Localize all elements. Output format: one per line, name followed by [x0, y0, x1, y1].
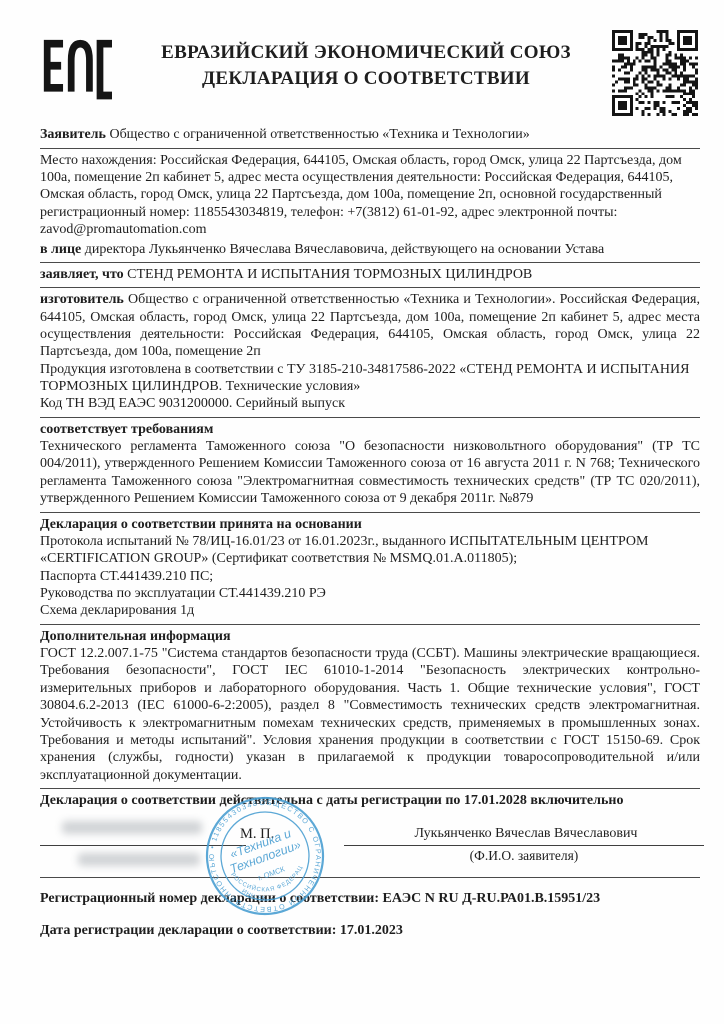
applicant-signatory-name: Лукьянченко Вячеслав Вячеславович: [348, 825, 704, 842]
manufacturer-value: Общество с ограниченной ответственностью…: [40, 292, 700, 359]
basis-line: Руководства по эксплуатации СТ.441439.21…: [40, 585, 700, 602]
in-person-label: в лице: [40, 242, 81, 257]
svg-text:г. ОМСК: г. ОМСК: [257, 864, 287, 882]
signature-smudge: [62, 821, 202, 834]
in-person-value: директора Лукьянченко Вячеслава Вячеслав…: [85, 242, 604, 257]
section-declares: заявляет, что СТЕНД РЕМОНТА И ИСПЫТАНИЯ …: [40, 263, 700, 288]
tnved-code-text: Код ТН ВЭД ЕАЭС 9031200000. Серийный вып…: [40, 395, 700, 412]
declares-value: СТЕНД РЕМОНТА И ИСПЫТАНИЯ ТОРМОЗНЫХ ЦИЛИ…: [127, 267, 532, 282]
location-text: Место нахождения: Российская Федерация, …: [40, 152, 700, 239]
applicant-label: Заявитель: [40, 127, 106, 142]
eac-logo-icon: [40, 30, 120, 115]
registration-date: Дата регистрации декларации о соответств…: [40, 922, 700, 939]
section-applicant: Заявитель Общество с ограниченной ответс…: [40, 123, 700, 148]
complies-text: Технического регламента Таможенного союз…: [40, 438, 700, 507]
document-title: ЕВРАЗИЙСКИЙ ЭКОНОМИЧЕСКИЙ СОЮЗ ДЕКЛАРАЦИ…: [120, 30, 612, 91]
registration-number: Регистрационный номер декларации о соотв…: [40, 890, 700, 907]
basis-line: Паспорта СТ.441439.210 ПС;: [40, 568, 700, 585]
section-manufacturer: изготовитель Общество с ограниченной отв…: [40, 288, 700, 418]
name-caption: (Ф.И.О. заявителя): [344, 848, 704, 865]
product-made-text: Продукция изготовлена в соответствии с Т…: [40, 361, 700, 396]
manufacturer-label: изготовитель: [40, 292, 124, 307]
section-additional-info: Дополнительная информация ГОСТ 12.2.007.…: [40, 625, 700, 789]
signature-block: М. П. Лукьянченко Вячеслав Вячеславович …: [40, 809, 700, 873]
validity-text: Декларация о соответствии действительна …: [40, 792, 700, 809]
title-line-1: ЕВРАЗИЙСКИЙ ЭКОНОМИЧЕСКИЙ СОЮЗ: [120, 40, 612, 66]
mp-label: М. П.: [240, 826, 274, 844]
title-line-2: ДЕКЛАРАЦИЯ О СООТВЕТСТВИИ: [120, 66, 612, 92]
declaration-document: ЕВРАЗИЙСКИЙ ЭКОНОМИЧЕСКИЙ СОЮЗ ДЕКЛАРАЦИ…: [0, 0, 724, 1024]
qr-code-icon: [612, 30, 700, 121]
name-underline: [344, 845, 704, 846]
additional-info-label: Дополнительная информация: [40, 628, 700, 645]
basis-label: Декларация о соответствии принята на осн…: [40, 516, 700, 533]
signature-line: [40, 845, 246, 846]
section-location: Место нахождения: Российская Федерация, …: [40, 149, 700, 263]
applicant-value: Общество с ограниченной ответственностью…: [109, 127, 529, 142]
declares-label: заявляет, что: [40, 267, 124, 282]
signature-smudge: [78, 853, 200, 866]
section-basis: Декларация о соответствии принята на осн…: [40, 513, 700, 625]
basis-line: Протокола испытаний № 78/ИЦ-16.01/23 от …: [40, 533, 700, 568]
document-header: ЕВРАЗИЙСКИЙ ЭКОНОМИЧЕСКИЙ СОЮЗ ДЕКЛАРАЦИ…: [40, 30, 700, 121]
complies-label: соответствует требованиям: [40, 421, 700, 438]
section-complies: соответствует требованиям Технического р…: [40, 418, 700, 513]
additional-info-text: ГОСТ 12.2.007.1-75 "Система стандартов б…: [40, 645, 700, 784]
section-validity-signature: Декларация о соответствии действительна …: [40, 789, 700, 878]
basis-line: Схема декларирования 1д: [40, 602, 700, 619]
